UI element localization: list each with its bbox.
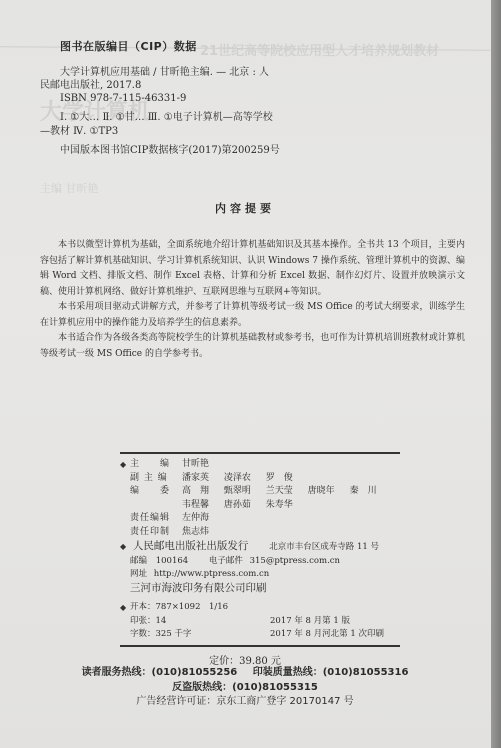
- printer-name: 三河市海波印务有限公司印刷: [120, 582, 379, 596]
- credit-name: 潘家英: [182, 473, 209, 483]
- credit-role: 主 编: [130, 458, 182, 472]
- bleed-through-credit: 主编 甘昕艳: [40, 180, 99, 196]
- cip-line: 大学计算机应用基础 / 甘昕艳主编. — 北京 : 人: [60, 66, 269, 79]
- credit-name: 秦 川: [350, 486, 377, 496]
- credit-name: 甘昕艳: [182, 459, 209, 469]
- cip-approval-number: 中国版本图书馆CIP数据核字(2017)第200259号: [60, 144, 280, 157]
- price-top-rule: [120, 645, 400, 647]
- credit-name: 左仲海: [182, 513, 209, 523]
- publisher-website: http://www.ptpress.com.cn: [154, 569, 270, 579]
- credit-name: 唐孙茹: [224, 500, 251, 510]
- cip-line: —教材 Ⅳ. ①TP3: [40, 125, 118, 138]
- cip-line: ISBN 978-7-115-46331-9: [60, 92, 186, 105]
- credit-row-print-supervisor: 责任印制 焦志炜: [120, 526, 389, 540]
- copyright-page: 21世纪高等院校应用型人才培养规划教材 大学计算机 主编 甘昕艳 图书在版编目（…: [0, 0, 501, 748]
- spec-format: 开本：787×1092 1/16: [130, 601, 228, 615]
- hotlines-block: 读者服务热线：(010)81055256 印装质量热线：(010)8105531…: [0, 666, 490, 710]
- publisher-block: ◆ 人民邮电出版社出版发行 北京市丰台区成寿寺路 11 号 邮编 100164 …: [120, 540, 379, 595]
- spec-edition: 2017 年 8 月第 1 版: [270, 615, 350, 629]
- credit-row-editors: 编 委 高 翔 甄翠明 兰天莹 唐晓年 秦 川: [120, 485, 389, 499]
- credit-name: 兰天莹: [266, 486, 293, 496]
- credit-name: 焦志炜: [182, 527, 209, 537]
- cip-line: Ⅰ. ①大… Ⅱ. ①甘… Ⅲ. ①电子计算机—高等学校: [60, 111, 273, 124]
- credit-role: 责任印制: [130, 526, 182, 540]
- credit-name: 朱寿华: [266, 500, 293, 510]
- credit-role: 编 委: [130, 485, 182, 499]
- credit-row-deputy-editors: 副 主 编 潘家英 凌泽农 罗 俊: [120, 472, 389, 486]
- publisher-name: 人民邮电出版社出版发行: [133, 540, 249, 552]
- credit-row-responsible-editor: 责任编辑 左仲海: [120, 512, 389, 526]
- publisher-email: 315@ptpress.com.cn: [250, 556, 340, 566]
- diamond-bullet-icon: ◆: [120, 601, 130, 615]
- summary-paragraph: 本书以微型计算机为基础，全面系统地介绍计算机基础知识及其基本操作。全书共 13 …: [40, 238, 465, 300]
- diamond-bullet-icon: ◆: [120, 458, 130, 472]
- publisher-address: 北京市丰台区成寿寺路 11 号: [269, 542, 379, 552]
- summary-title: 内容提要: [0, 200, 490, 216]
- credit-row-editors-cont: 韦程馨 唐孙茹 朱寿华: [120, 499, 389, 513]
- credit-name: 凌泽农: [224, 473, 251, 483]
- cip-line: 民邮电出版社, 2017.8: [40, 79, 141, 92]
- credit-role: 副 主 编: [130, 472, 182, 486]
- website-label: 网址: [130, 569, 147, 579]
- spec-printing: 2017 年 8 月河北第 1 次印刷: [270, 628, 384, 642]
- credit-name: 罗 俊: [266, 473, 293, 483]
- spec-words: 字数：325 千字: [120, 628, 270, 642]
- ad-license: 广告经营许可证：京东工商广登字 20170147 号: [0, 695, 490, 710]
- credits-block: ◆ 主 编 甘昕艳 副 主 编 潘家英 凌泽农 罗 俊 编 委 高 翔 甄翠明 …: [120, 458, 389, 540]
- summary-paragraph: 本书适合作为各级各类高等院校学生的计算机基础教材或参考书，也可作为计算机培训班教…: [40, 331, 465, 362]
- cip-heading: 图书在版编目（CIP）数据: [60, 38, 197, 54]
- specs-block: ◆ 开本：787×1092 1/16 印张：14 2017 年 8 月第 1 版…: [120, 601, 384, 642]
- diamond-bullet-icon: ◆: [120, 540, 130, 554]
- anti-piracy-hotline: 反盗版热线：(010)81055315: [0, 681, 490, 696]
- credit-row-chief-editor: ◆ 主 编 甘昕艳: [120, 458, 389, 472]
- credits-top-rule: [120, 452, 400, 454]
- credit-role: 责任编辑: [130, 512, 182, 526]
- postcode: 100164: [156, 556, 188, 566]
- credit-name: 韦程馨: [182, 500, 209, 510]
- page-edge: [491, 0, 501, 748]
- credit-name: 甄翠明: [224, 486, 251, 496]
- quality-hotline: 印装质量热线：(010)81055316: [253, 667, 409, 678]
- reader-service-hotline: 读者服务热线：(010)81055256: [82, 667, 238, 678]
- price: 定价：39.80 元: [0, 652, 490, 667]
- credit-name: 唐晓年: [308, 486, 335, 496]
- postcode-label: 邮编: [130, 556, 147, 566]
- credit-name: 高 翔: [182, 486, 209, 496]
- spec-sheets: 印张：14: [120, 615, 270, 629]
- summary-paragraph: 本书采用项目驱动式讲解方式，并参考了计算机等级考试一级 MS Office 的考…: [40, 300, 465, 331]
- email-label: 电子邮件: [209, 556, 243, 566]
